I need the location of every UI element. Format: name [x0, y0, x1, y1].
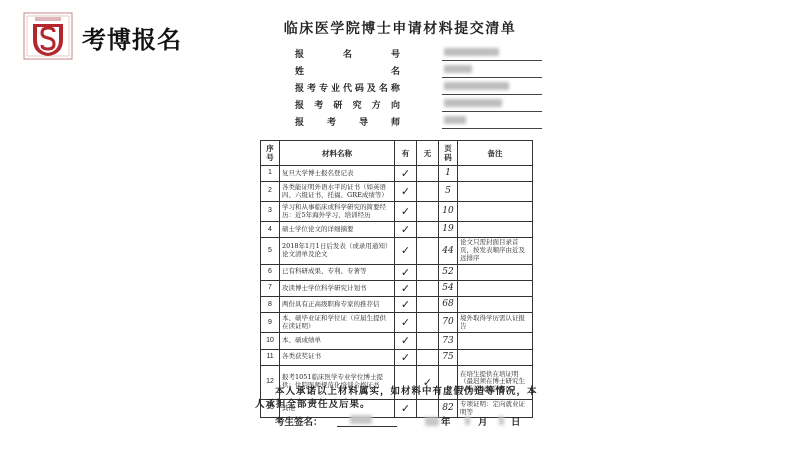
- month-label: 月: [478, 414, 488, 428]
- year-label: 年: [441, 414, 451, 428]
- table-row: 9 本、硕毕业证和学位证（应届生提供在读证明） ✓ 70 境外取得学历需认证报告: [261, 313, 533, 333]
- table-row: 6 已有科研成果、专利、专著等 ✓ 52: [261, 264, 533, 280]
- check-mark: ✓: [395, 182, 417, 202]
- field-value-redacted: [442, 62, 542, 78]
- day-label: 日: [511, 414, 521, 428]
- field-value-redacted: [442, 96, 542, 112]
- header-note: 备注: [458, 141, 533, 166]
- signature-line: [337, 426, 397, 427]
- table-row: 10 本、硕成绩单 ✓ 73: [261, 333, 533, 349]
- university-emblem-icon: [23, 12, 73, 60]
- table-row: 2 各类能证明外语水平的证书（如英语四、六级证书、托福、GRE成绩等） ✓ 5: [261, 182, 533, 202]
- field-label: 姓名: [295, 64, 400, 77]
- table-row: 1 复旦大学博士报名登记表 ✓ 1: [261, 166, 533, 182]
- check-mark: ✓: [395, 238, 417, 264]
- table-header-row: 序号 材料名称 有 无 页码 备注: [261, 141, 533, 166]
- header-yes: 有: [395, 141, 417, 166]
- check-mark: ✓: [395, 264, 417, 280]
- day-redacted: [499, 416, 504, 425]
- month-redacted: [465, 416, 470, 425]
- field-label: 报名号: [295, 47, 400, 60]
- materials-table: 序号 材料名称 有 无 页码 备注 1 复旦大学博士报名登记表 ✓ 1 2 各类…: [260, 140, 533, 418]
- header-no: 序号: [261, 141, 280, 166]
- field-value-redacted: [442, 113, 542, 129]
- pledge-statement: 本人承诺以上材料属实，如材料中有虚假伪造等情况，本人承担全部责任及后果。: [255, 385, 540, 411]
- signature-redacted: [350, 415, 372, 424]
- check-mark: ✓: [395, 349, 417, 365]
- field-value-redacted: [442, 45, 542, 61]
- field-label: 报考专业代码及名称: [295, 81, 400, 94]
- field-label: 报考研究方向: [295, 98, 400, 111]
- header-name: 材料名称: [280, 141, 395, 166]
- header-no-have: 无: [417, 141, 439, 166]
- table-row: 3 学习和从事临床或科学研究的简要经历：近5年海外学习、培训经历 ✓ 10: [261, 202, 533, 222]
- year-redacted: [425, 417, 439, 426]
- check-mark: ✓: [395, 202, 417, 222]
- check-mark: ✓: [395, 333, 417, 349]
- table-row: 7 攻读博士学位科学研究计划书 ✓ 54: [261, 280, 533, 296]
- table-row: 11 各类获奖证书 ✓ 75: [261, 349, 533, 365]
- field-label: 报考导师: [295, 115, 400, 128]
- signature-label: 考生签名：: [275, 414, 323, 428]
- check-mark: ✓: [395, 297, 417, 313]
- check-mark: ✓: [395, 222, 417, 238]
- table-row: 8 两份具有正高级职称专家的推荐信 ✓ 68: [261, 297, 533, 313]
- document-title: 临床医学院博士申请材料提交清单: [255, 18, 545, 38]
- check-mark: ✓: [395, 313, 417, 333]
- application-checklist-document: 临床医学院博士申请材料提交清单 报名号 姓名 报考专业代码及名称 报考研究方向 …: [255, 10, 545, 440]
- check-mark: ✓: [395, 280, 417, 296]
- header-page: 页码: [439, 141, 458, 166]
- field-value-redacted: [442, 79, 542, 95]
- university-logo: [23, 12, 73, 60]
- table-row: 4 硕士学位论文的详细摘要 ✓ 19: [261, 222, 533, 238]
- page-title: 考博报名: [82, 20, 182, 55]
- check-mark: ✓: [395, 166, 417, 182]
- table-row: 5 2018年1月1日后发表（或录用通知）论文清单及论文 ✓ 44 论文只需封面…: [261, 238, 533, 264]
